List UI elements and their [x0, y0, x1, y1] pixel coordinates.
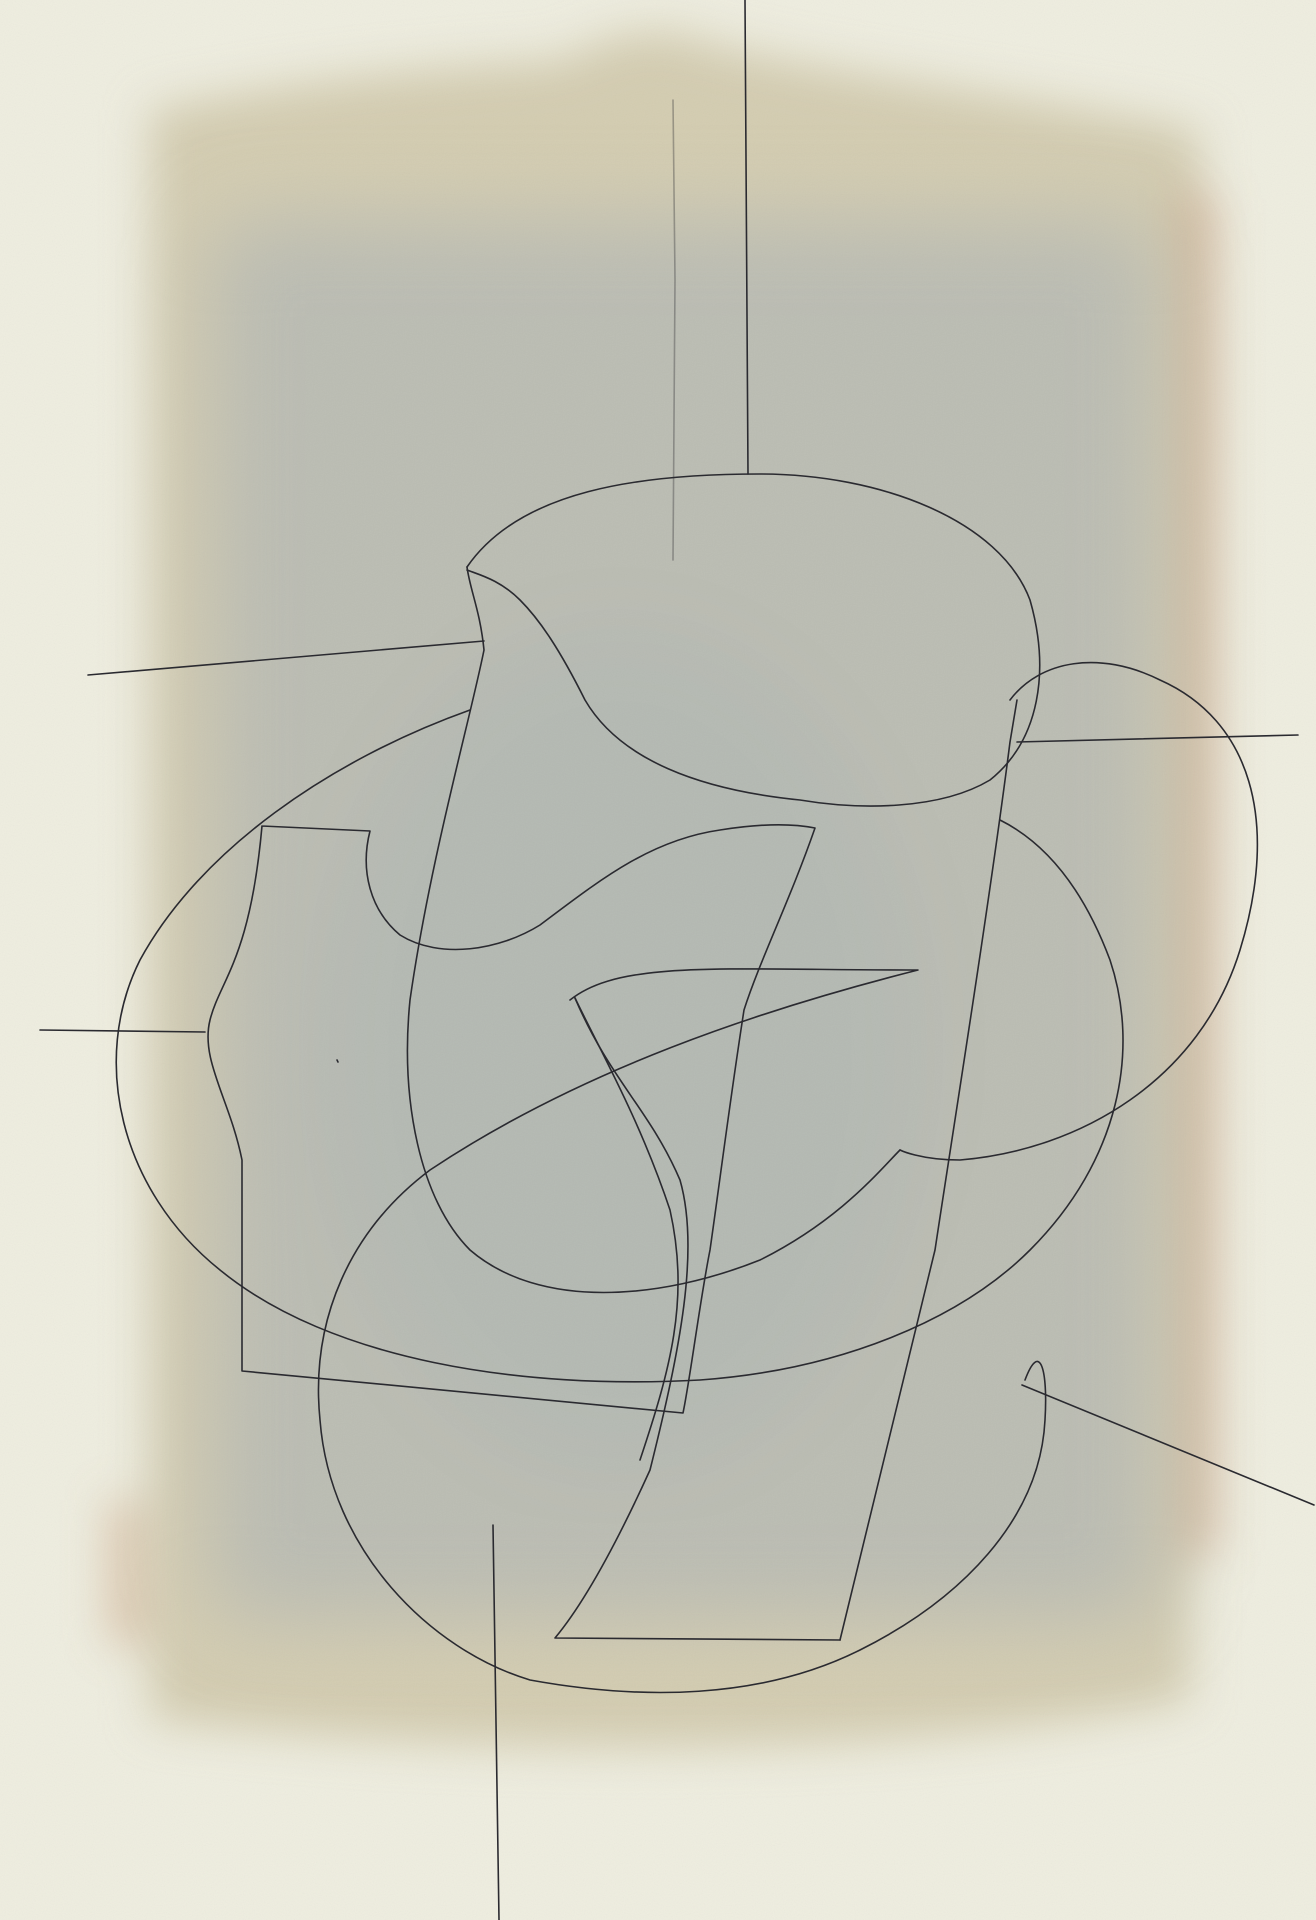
line-box-dot: [337, 1060, 338, 1062]
paper-grain: [0, 0, 1316, 1920]
artwork-canvas: [0, 0, 1316, 1920]
